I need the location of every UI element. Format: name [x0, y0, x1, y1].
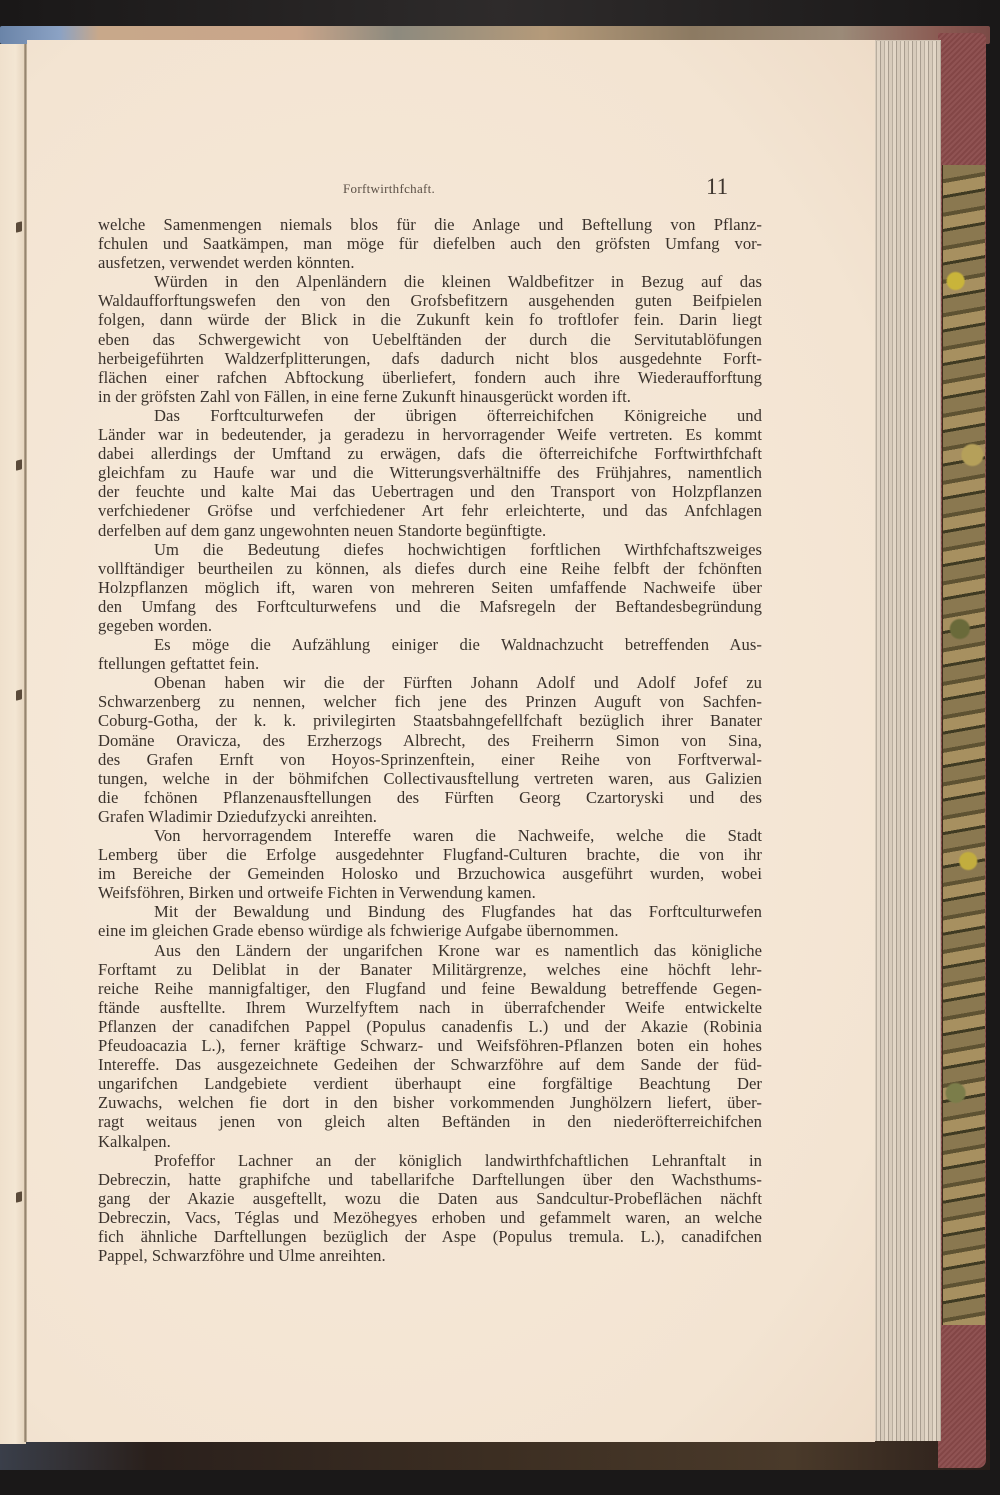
text-line: der feuchte und kalte Mai das Uebertrage… [98, 482, 762, 501]
text-line: des Grafen Ernft von Hoyos-Sprinzenftein… [98, 750, 762, 769]
text-line: gleichfam zu Haufe war und die Witterung… [98, 463, 762, 482]
text-line: vollftändiger beurtheilen zu können, als… [98, 559, 762, 578]
text-line: Zuwachs, welchen fie dort in den bisher … [98, 1093, 762, 1112]
text-line: Debreczin, Vacs, Téglas und Mezöhegyes e… [98, 1208, 762, 1227]
text-line: Kalkalpen. [98, 1132, 762, 1151]
paragraph: Das Forftculturwefen der übrigen öfterre… [98, 406, 762, 540]
text-line: gang der Akazie ausgeftellt, wozu die Da… [98, 1189, 762, 1208]
paragraph: Aus den Ländern der ungarifchen Krone wa… [98, 941, 762, 1151]
text-line: Coburg-Gotha, der k. k. privilegirten St… [98, 711, 762, 730]
binding-thread-icon [16, 689, 22, 701]
text-line: Länder war in bedeutender, ja geradezu i… [98, 425, 762, 444]
text-line: ausfetzen, verwendet werden könnten. [98, 253, 762, 272]
text-line: Intereffe. Das ausgezeichnete Gedeihen d… [98, 1055, 762, 1074]
text-line: Das Forftculturwefen der übrigen öfterre… [98, 406, 762, 425]
text-line: in der gröfsten Zahl von Fällen, in eine… [98, 387, 762, 406]
page-edges-stack [873, 40, 941, 1441]
text-line: eben das Schwergewicht von Uebelftänden … [98, 330, 762, 349]
text-line: Weifsföhren, Birken und ortweife Fichten… [98, 883, 762, 902]
paragraph: Würden in den Alpenländern die kleinen W… [98, 272, 762, 406]
text-line: Waldaufforftungswefen den von den Grofsb… [98, 291, 762, 310]
text-line: Grafen Wladimir Dziedufzycki anreihten. [98, 807, 762, 826]
marbled-cover-paper [942, 165, 985, 1325]
text-line: Aus den Ländern der ungarifchen Krone wa… [98, 941, 762, 960]
running-head: Forftwirthfchaft. [343, 181, 435, 197]
text-line: Lemberg über die Erfolge ausgedehnter Fl… [98, 845, 762, 864]
text-line: Pflanzen der canadifchen Pappel (Populus… [98, 1017, 762, 1036]
text-line: Pappel, Schwarzföhre und Ulme anreihten. [98, 1246, 762, 1265]
text-line: Mit der Bewaldung und Bindung des Flugfa… [98, 902, 762, 921]
text-line: reiche Reihe mannigfaltiger, den Flugfan… [98, 979, 762, 998]
text-line: folgen, dann würde der Blick in die Zuku… [98, 310, 762, 329]
text-line: fchulen und Saatkämpen, man möge für die… [98, 234, 762, 253]
paragraph: Um die Bedeutung diefes hochwichtigen fo… [98, 540, 762, 635]
text-line: Obenan haben wir die der Fürften Johann … [98, 673, 762, 692]
paragraph: Obenan haben wir die der Fürften Johann … [98, 673, 762, 826]
text-line: ungarifchen Landgebiete verdient überhau… [98, 1074, 762, 1093]
paragraph: Mit der Bewaldung und Bindung des Flugfa… [98, 902, 762, 940]
text-line: den Umfang des Forftculturwefens und die… [98, 597, 762, 616]
text-line: fich ähnliche Darftellungen bezüglich de… [98, 1227, 762, 1246]
text-line: Schwarzenberg zu nennen, welcher fich je… [98, 692, 762, 711]
text-line: welche Samenmengen niemals blos für die … [98, 215, 762, 234]
paragraph: Es möge die Aufzählung einiger die Waldn… [98, 635, 762, 673]
text-line: Debreczin, hatte graphifche und tabellar… [98, 1170, 762, 1189]
text-line: Um die Bedeutung diefes hochwichtigen fo… [98, 540, 762, 559]
text-line: im Bereiche der Gemeinden Holosko und Br… [98, 864, 762, 883]
text-line: flächen einer rafchen Abftockung überlie… [98, 368, 762, 387]
text-line: Domäne Oravicza, des Erzherzogs Albrecht… [98, 731, 762, 750]
binding-thread-icon [16, 221, 22, 233]
paragraph: Profeffor Lachner an der königlich landw… [98, 1151, 762, 1266]
text-line: Es möge die Aufzählung einiger die Waldn… [98, 635, 762, 654]
book-bottom-edge [0, 1440, 990, 1470]
text-line: Würden in den Alpenländern die kleinen W… [98, 272, 762, 291]
text-line: Holzpflanzen möglich ift, waren von mehr… [98, 578, 762, 597]
paragraph: Von hervorragendem Intereffe waren die N… [98, 826, 762, 902]
text-line: Von hervorragendem Intereffe waren die N… [98, 826, 762, 845]
facing-page-sliver [0, 44, 26, 1444]
text-line: eine im gleichen Grade ebenso würdige al… [98, 921, 762, 940]
text-line: ragt weitaus jenen von gleich alten Beft… [98, 1112, 762, 1131]
text-line: Forftamt zu Deliblat in der Banater Mili… [98, 960, 762, 979]
text-line: Profeffor Lachner an der königlich landw… [98, 1151, 762, 1170]
text-line: herbeigeführten Waldzerfplitterungen, da… [98, 349, 762, 368]
page-number: 11 [706, 174, 728, 200]
paragraph: welche Samenmengen niemals blos für die … [98, 215, 762, 272]
body-text: welche Samenmengen niemals blos für die … [98, 215, 762, 1265]
text-line: Pfeudoacazia L.), ferner kräftige Schwar… [98, 1036, 762, 1055]
text-line: derfelben auf dem ganz ungewohnten neuen… [98, 521, 762, 540]
binding-thread-icon [16, 459, 22, 471]
text-line: dabei allerdings der Umftand zu erwägen,… [98, 444, 762, 463]
text-line: verfchiedener Gröfse und verfchiedener A… [98, 501, 762, 520]
text-line: ftellungen geftattet fein. [98, 654, 762, 673]
text-line: die fchönen Pflanzenausftellungen des Fü… [98, 788, 762, 807]
text-line: gegeben worden. [98, 616, 762, 635]
binding-thread-icon [16, 1191, 22, 1203]
text-line: tungen, welche in der böhmifchen Collect… [98, 769, 762, 788]
text-line: ftände ausftellte. Ihrem Wurzelfyftem na… [98, 998, 762, 1017]
